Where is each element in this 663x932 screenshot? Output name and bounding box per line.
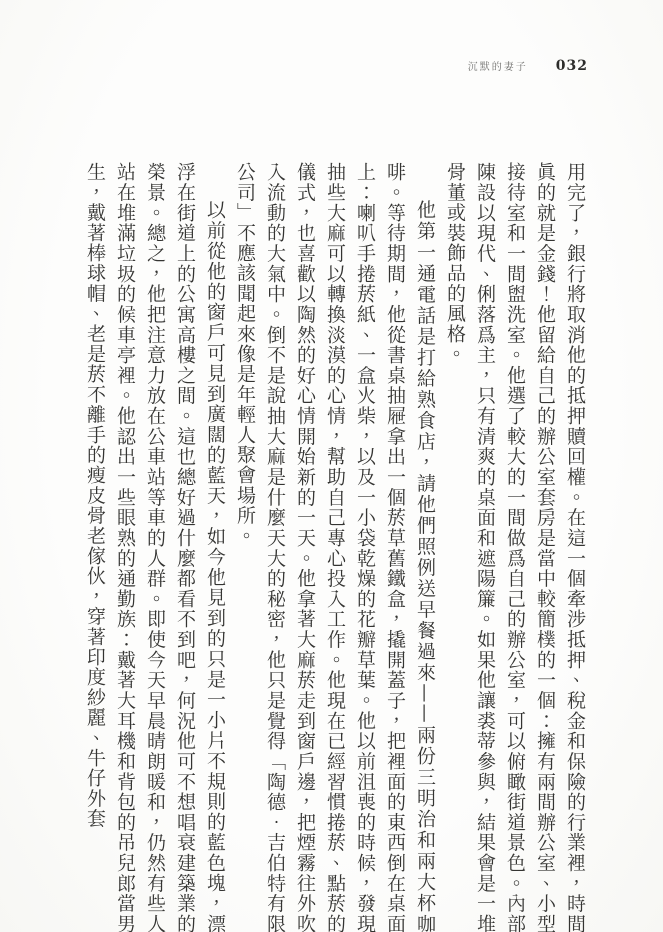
running-head: 沉默的妻子 032	[468, 58, 588, 74]
book-page: 沉默的妻子 032 用完了，銀行將取消他的抵押贖回權。在這一個牽涉抵押、稅金和保…	[0, 0, 663, 932]
paragraph: 他第一通電話是打給熟食店，請他們照例送早餐過來——兩份三明治和兩大杯咖啡。等待期…	[230, 162, 440, 932]
paragraph: 以前從他的窗戶可見到廣闊的藍天，如今他見到的只是一小片不規則的藍色塊，漂浮在街道…	[80, 162, 230, 932]
vertical-text-block: 用完了，銀行將取消他的抵押贖回權。在這一個牽涉抵押、稅金和保險的行業裡，時間眞的…	[80, 162, 590, 932]
running-head-book-title: 沉默的妻子	[468, 58, 528, 73]
page-number: 032	[556, 58, 588, 74]
paragraph-continuation: 用完了，銀行將取消他的抵押贖回權。在這一個牽涉抵押、稅金和保險的行業裡，時間眞的…	[440, 162, 590, 932]
